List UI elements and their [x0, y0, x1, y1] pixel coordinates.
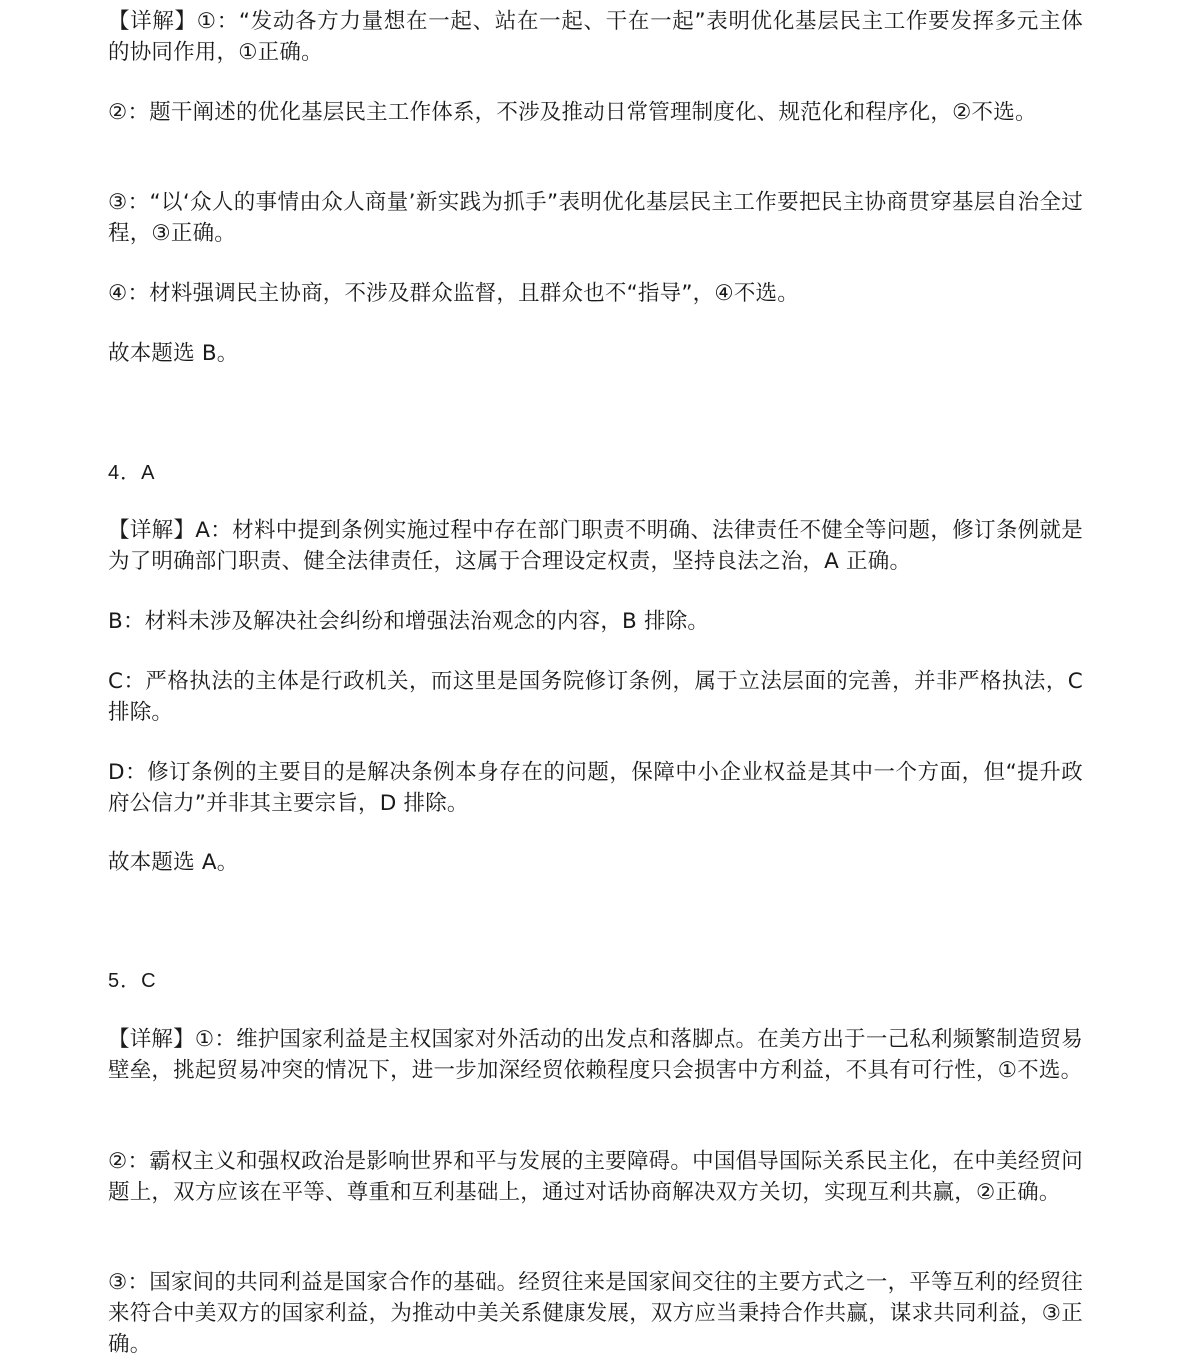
explanation-option-a: 【详解】A：材料中提到条例实施过程中存在部门职责不明确、法律责任不健全等问题，修… [108, 515, 1083, 577]
explanation-item-3: ③：国家间的共同利益是国家合作的基础。经贸往来是国家间交往的主要方式之一，平等互… [108, 1267, 1083, 1360]
conclusion-text: 故本题选 B。 [108, 338, 1083, 369]
explanation-item-3: ③：“以‘众人的事情由众人商量’新实践为抓手”表明优化基层民主工作要把民主协商贯… [108, 187, 1083, 249]
explanation-item-1: 【详解】①：维护国家利益是主权国家对外活动的出发点和落脚点。在美方出于一己私利频… [108, 1024, 1083, 1086]
explanation-option-d: D：修订条例的主要目的是解决条例本身存在的问题，保障中小企业权益是其中一个方面，… [108, 757, 1083, 819]
question-number-answer: 5．C [108, 967, 157, 995]
explanation-item-1: 【详解】①：“发动各方力量想在一起、站在一起、干在一起”表明优化基层民主工作要发… [108, 6, 1083, 68]
explanation-item-2: ②：题干阐述的优化基层民主工作体系，不涉及推动日常管理制度化、规范化和程序化，②… [108, 97, 1083, 128]
explanation-option-c: C：严格执法的主体是行政机关，而这里是国务院修订条例，属于立法层面的完善，并非严… [108, 666, 1083, 728]
explanation-option-b: B：材料未涉及解决社会纠纷和增强法治观念的内容，B 排除。 [108, 606, 1083, 637]
explanation-item-4: ④：材料强调民主协商，不涉及群众监督，且群众也不“指导”，④不选。 [108, 278, 1083, 309]
conclusion-text: 故本题选 A。 [108, 847, 1083, 878]
question-number-answer: 4．A [108, 459, 155, 487]
explanation-item-2: ②：霸权主义和强权政治是影响世界和平与发展的主要障碍。中国倡导国际关系民主化，在… [108, 1146, 1083, 1208]
